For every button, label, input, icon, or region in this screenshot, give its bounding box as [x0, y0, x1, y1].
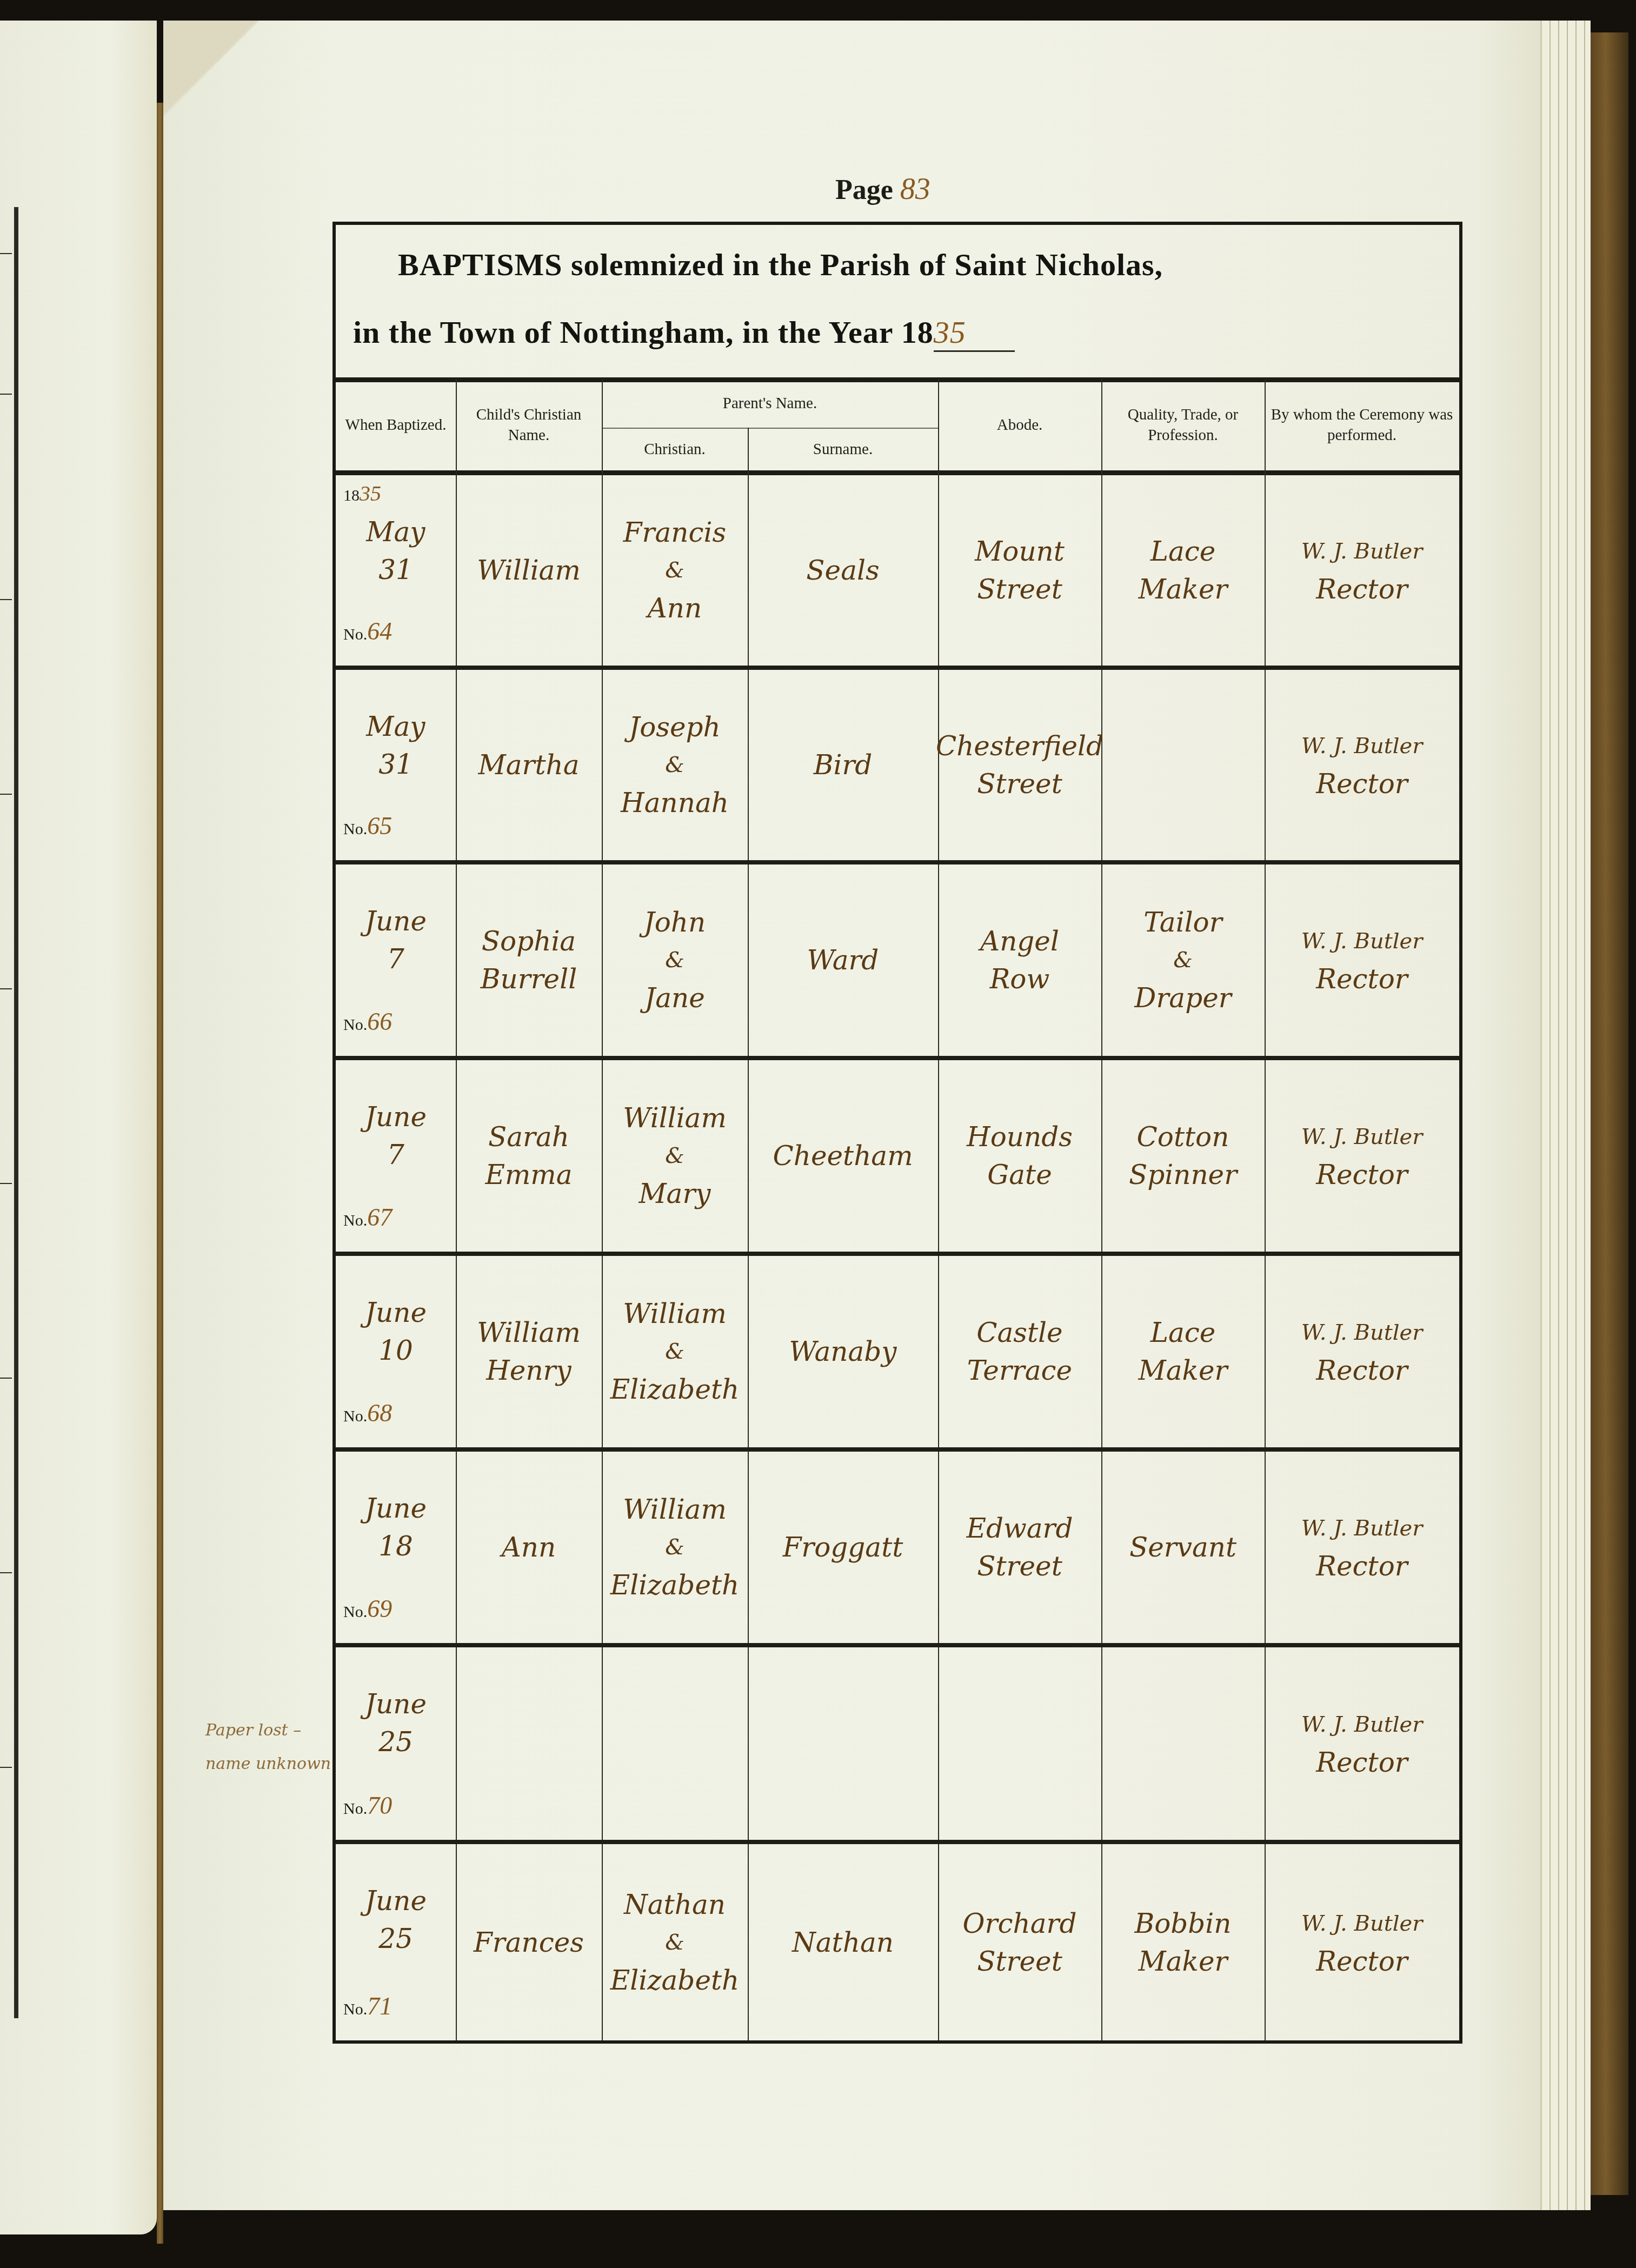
- cell-quality-line: Lace: [1150, 533, 1216, 570]
- cell-parents-line: &: [665, 746, 684, 784]
- cell-abode-line: Street: [977, 765, 1062, 803]
- cell-officiant-line: Rector: [1316, 960, 1407, 998]
- register-title: BAPTISMS solemnized in the Parish of Sai…: [336, 225, 1459, 382]
- cell-parents: Joseph&Hannah: [602, 670, 748, 860]
- book-gutter: [157, 103, 163, 2244]
- cell-officiant-line: Rector: [1316, 1547, 1407, 1585]
- folded-corner: [163, 21, 261, 118]
- cell-quality: BobbinMaker: [1101, 1844, 1265, 2040]
- left-page-rule: [0, 1183, 12, 1184]
- cell-abode-line: Street: [977, 570, 1062, 608]
- cell-child: [456, 1647, 602, 1840]
- cell-abode-line: Chesterfield: [936, 727, 1103, 765]
- margin-note-line2: name unknown: [205, 1747, 335, 1781]
- cell-abode: HoundsGate: [938, 1060, 1101, 1252]
- cell-officiant: W. J. ButlerRector: [1265, 1452, 1459, 1643]
- cell-officiant-line: Rector: [1316, 570, 1407, 608]
- cell-officiant-line: W. J. Butler: [1301, 727, 1423, 765]
- register-entry-64: May31No.64WilliamFrancis&AnnSealsMountSt…: [336, 475, 1459, 670]
- cell-parents-line: &: [665, 1924, 684, 1961]
- cell-abode-line: Terrace: [967, 1352, 1072, 1389]
- cell-officiant: W. J. ButlerRector: [1265, 475, 1459, 666]
- cell-child-line: Martha: [478, 746, 579, 784]
- cell-abode: CastleTerrace: [938, 1256, 1101, 1447]
- cell-parents-line: &: [665, 551, 684, 589]
- left-page-rule: [0, 794, 12, 795]
- cell-parents: William&Elizabeth: [602, 1452, 748, 1643]
- cell-abode: [938, 1647, 1101, 1840]
- cell-quality-line: Tailor: [1143, 903, 1222, 941]
- entry-number: No.65: [343, 807, 392, 848]
- cell-quality-line: Cotton: [1137, 1118, 1229, 1156]
- cell-when-line: 10: [378, 1332, 413, 1369]
- register-entry-70: June25No.70W. J. ButlerRector: [336, 1647, 1459, 1844]
- cell-quality-line: Bobbin: [1134, 1905, 1231, 1943]
- cell-child: William: [456, 475, 602, 666]
- cell-child-line: Burrell: [481, 960, 577, 998]
- cell-officiant-line: W. J. Butler: [1301, 1118, 1423, 1156]
- cell-quality-line: Servant: [1129, 1528, 1236, 1566]
- cell-officiant-line: W. J. Butler: [1301, 1706, 1423, 1744]
- cell-officiant-line: W. J. Butler: [1301, 533, 1423, 570]
- cell-surname: Ward: [748, 864, 938, 1056]
- cell-parents-line: Mary: [639, 1175, 710, 1213]
- cell-quality-line: Maker: [1139, 1352, 1228, 1389]
- cell-officiant-line: Rector: [1316, 1943, 1407, 1980]
- cell-officiant: W. J. ButlerRector: [1265, 1060, 1459, 1252]
- cell-quality: [1101, 670, 1265, 860]
- title-year-handwritten: 35: [934, 314, 1015, 352]
- cell-officiant-line: Rector: [1316, 1744, 1407, 1781]
- cell-surname: Cheetham: [748, 1060, 938, 1252]
- cell-abode-line: Mount: [975, 533, 1065, 570]
- cell-officiant-line: W. J. Butler: [1301, 922, 1423, 960]
- register-entry-69: June18No.69AnnWilliam&ElizabethFroggattE…: [336, 1452, 1459, 1647]
- cell-parents-line: &: [665, 1137, 684, 1175]
- cell-parents: Francis&Ann: [602, 475, 748, 666]
- page-number: Page 83: [835, 172, 930, 207]
- page-stack-edge: [1540, 21, 1591, 2210]
- cell-child-line: Sarah: [488, 1118, 569, 1156]
- cell-surname-line: Froggatt: [783, 1528, 903, 1566]
- cell-abode-line: Street: [977, 1943, 1062, 1980]
- left-page-rule: [0, 599, 12, 600]
- cell-quality-line: Spinner: [1129, 1156, 1237, 1194]
- cell-officiant-line: Rector: [1316, 765, 1407, 803]
- cell-parents-line: Ann: [648, 589, 702, 627]
- register-entry-68: June10No.68WilliamHenryWilliam&Elizabeth…: [336, 1256, 1459, 1452]
- cell-officiant-line: W. J. Butler: [1301, 1905, 1423, 1943]
- register-entry-67: June7No.67SarahEmmaWilliam&MaryCheethamH…: [336, 1060, 1459, 1256]
- cell-child-line: William: [477, 1314, 581, 1352]
- cell-when: June10No.68: [336, 1256, 456, 1447]
- cell-surname-line: Cheetham: [773, 1137, 913, 1175]
- cell-quality: Tailor&Draper: [1101, 864, 1265, 1056]
- cell-child: Ann: [456, 1452, 602, 1643]
- header-parent-surname: Surname.: [748, 379, 938, 475]
- cell-abode-line: Row: [990, 960, 1050, 998]
- cell-when: June7No.66: [336, 864, 456, 1056]
- cell-parents-line: Elizabeth: [610, 1961, 740, 1999]
- cell-quality: [1101, 1647, 1265, 1840]
- page-label: Page: [835, 175, 893, 205]
- cell-parents-line: William: [623, 1491, 727, 1528]
- cell-parents: John&Jane: [602, 864, 748, 1056]
- cell-quality-line: &: [1173, 941, 1193, 979]
- cell-surname: [748, 1647, 938, 1840]
- margin-note: Paper lost – name unknown: [205, 1714, 335, 1781]
- cell-abode-line: Street: [977, 1547, 1062, 1585]
- cell-abode-line: Hounds: [967, 1118, 1073, 1156]
- register-entry-71: June25No.71FrancesNathan&ElizabethNathan…: [336, 1844, 1459, 2040]
- page-number-value: 83: [900, 172, 930, 206]
- cell-when-line: 25: [378, 1723, 413, 1761]
- cell-abode: OrchardStreet: [938, 1844, 1101, 2040]
- entry-number: No.67: [343, 1199, 392, 1240]
- cell-surname: Froggatt: [748, 1452, 938, 1643]
- cell-parents-line: Hannah: [621, 784, 729, 822]
- cell-parents-line: &: [665, 1528, 684, 1566]
- cell-when-line: May: [366, 708, 425, 746]
- cell-surname-line: Nathan: [792, 1924, 894, 1961]
- cell-parents-line: Nathan: [624, 1886, 726, 1924]
- cell-when-line: 31: [378, 551, 413, 589]
- cell-child: Martha: [456, 670, 602, 860]
- cell-when-line: 31: [378, 746, 413, 783]
- cell-child-line: Ann: [502, 1528, 556, 1566]
- cell-officiant-line: Rector: [1316, 1156, 1407, 1194]
- cell-child-line: Emma: [485, 1156, 572, 1194]
- cell-surname-line: Bird: [814, 746, 873, 784]
- cell-abode: AngelRow: [938, 864, 1101, 1056]
- cell-quality: LaceMaker: [1101, 1256, 1265, 1447]
- cell-parents: William&Mary: [602, 1060, 748, 1252]
- left-page-rule: [0, 1378, 12, 1379]
- cell-quality-line: Lace: [1150, 1314, 1216, 1352]
- cell-abode: MountStreet: [938, 475, 1101, 666]
- cell-surname: Seals: [748, 475, 938, 666]
- cell-quality-line: Draper: [1134, 979, 1231, 1017]
- cell-when-line: 7: [387, 1136, 404, 1174]
- cell-child: SarahEmma: [456, 1060, 602, 1252]
- cell-parents: Nathan&Elizabeth: [602, 1844, 748, 2040]
- register-rows: 1835 May31No.64WilliamFrancis&AnnSealsMo…: [336, 475, 1459, 2040]
- left-page-rule: [0, 988, 12, 989]
- entry-number: No.70: [343, 1787, 392, 1828]
- cell-surname-line: Wanaby: [789, 1333, 896, 1371]
- cell-surname-line: Ward: [807, 941, 879, 979]
- cell-surname: Wanaby: [748, 1256, 938, 1447]
- entry-number: No.64: [343, 613, 392, 654]
- cell-parents-line: John: [644, 903, 706, 941]
- cell-officiant-line: Rector: [1316, 1352, 1407, 1389]
- cell-when-line: June: [365, 1489, 427, 1527]
- cell-parents-line: Francis: [623, 514, 726, 551]
- cell-when: June25No.70: [336, 1647, 456, 1840]
- entry-number: No.66: [343, 1003, 392, 1044]
- cell-surname: Bird: [748, 670, 938, 860]
- cell-parents-line: Elizabeth: [610, 1371, 740, 1408]
- register-entry-66: June7No.66SophiaBurrellJohn&JaneWardAnge…: [336, 864, 1459, 1060]
- margin-note-line1: Paper lost –: [205, 1714, 335, 1747]
- cell-when-line: June: [365, 902, 427, 940]
- cell-officiant: W. J. ButlerRector: [1265, 1844, 1459, 2040]
- cell-parents-line: Joseph: [629, 708, 721, 746]
- cell-parents-line: William: [623, 1099, 727, 1137]
- cell-abode: EdwardStreet: [938, 1452, 1101, 1643]
- cell-child: WilliamHenry: [456, 1256, 602, 1447]
- cell-parents-line: Elizabeth: [610, 1566, 740, 1604]
- cell-abode-line: Castle: [976, 1314, 1062, 1352]
- cell-child-line: Sophia: [482, 922, 576, 960]
- cell-surname: Nathan: [748, 1844, 938, 2040]
- register-entry-65: May31No.65MarthaJoseph&HannahBirdChester…: [336, 670, 1459, 864]
- cell-when-line: June: [365, 1294, 427, 1332]
- left-page-rule: [0, 394, 12, 395]
- cell-parents: [602, 1647, 748, 1840]
- cell-abode-line: Orchard: [963, 1905, 1077, 1943]
- cell-child-line: Frances: [474, 1924, 584, 1961]
- cell-officiant: W. J. ButlerRector: [1265, 1647, 1459, 1840]
- title-line-2: in the Town of Nottingham, in the Year 1…: [353, 314, 1015, 352]
- header-quality: Quality, Trade, or Profession.: [1101, 379, 1265, 475]
- cell-when-line: June: [365, 1882, 427, 1920]
- cell-when-line: 7: [387, 940, 404, 978]
- cell-officiant-line: W. J. Butler: [1301, 1314, 1423, 1352]
- cell-abode-line: Angel: [980, 922, 1059, 960]
- cell-parents-line: William: [623, 1295, 727, 1333]
- title-line-2-text: in the Town of Nottingham, in the Year 1…: [353, 315, 934, 350]
- cell-when-line: 25: [378, 1920, 413, 1958]
- cell-officiant: W. J. ButlerRector: [1265, 670, 1459, 860]
- cell-when: May31No.64: [336, 475, 456, 666]
- left-page-table-border: [0, 207, 18, 2018]
- cell-when-line: June: [365, 1685, 427, 1723]
- cell-child-line: William: [477, 551, 581, 589]
- left-page-rule: [0, 253, 12, 254]
- cell-officiant: W. J. ButlerRector: [1265, 864, 1459, 1056]
- facing-left-page: [0, 21, 157, 2234]
- cell-when: June25No.71: [336, 1844, 456, 2040]
- cell-officiant: W. J. ButlerRector: [1265, 1256, 1459, 1447]
- title-line-1: BAPTISMS solemnized in the Parish of Sai…: [398, 247, 1163, 283]
- entry-number: No.69: [343, 1590, 392, 1631]
- cell-parents: William&Elizabeth: [602, 1256, 748, 1447]
- cell-surname-line: Seals: [806, 551, 879, 589]
- cell-when-line: June: [365, 1098, 427, 1136]
- left-page-rule: [0, 1767, 12, 1768]
- header-abode: Abode.: [938, 379, 1101, 475]
- cell-quality: CottonSpinner: [1101, 1060, 1265, 1252]
- cell-parents-line: &: [665, 941, 684, 979]
- header-officiant: By whom the Ceremony was performed.: [1265, 379, 1459, 475]
- cell-abode-line: Gate: [987, 1156, 1052, 1194]
- cell-when-line: 18: [378, 1527, 413, 1565]
- cell-quality-line: Maker: [1139, 1943, 1228, 1980]
- cell-child-line: Henry: [486, 1352, 571, 1389]
- cell-quality: Servant: [1101, 1452, 1265, 1643]
- book-binding-edge: [1591, 32, 1628, 2195]
- header-parent-christian: Christian.: [602, 379, 748, 475]
- cell-quality: LaceMaker: [1101, 475, 1265, 666]
- cell-abode: ChesterfieldStreet: [938, 670, 1101, 860]
- cell-when: May31No.65: [336, 670, 456, 860]
- left-page-rule: [0, 1572, 12, 1573]
- cell-when-line: May: [366, 513, 425, 551]
- cell-abode-line: Edward: [966, 1509, 1073, 1547]
- cell-when: June18No.69: [336, 1452, 456, 1643]
- entry-number: No.68: [343, 1394, 392, 1435]
- cell-quality-line: Maker: [1139, 570, 1228, 608]
- entry-number: No.71: [343, 1987, 392, 2028]
- cell-child: SophiaBurrell: [456, 864, 602, 1056]
- cell-child: Frances: [456, 1844, 602, 2040]
- cell-officiant-line: W. J. Butler: [1301, 1509, 1423, 1547]
- cell-when: June7No.67: [336, 1060, 456, 1252]
- header-when-baptized: When Baptized.: [336, 379, 456, 475]
- cell-parents-line: &: [665, 1333, 684, 1371]
- cell-parents-line: Jane: [644, 979, 705, 1017]
- header-child-name: Child's Christian Name.: [456, 379, 602, 475]
- baptism-register-table: BAPTISMS solemnized in the Parish of Sai…: [332, 222, 1462, 2044]
